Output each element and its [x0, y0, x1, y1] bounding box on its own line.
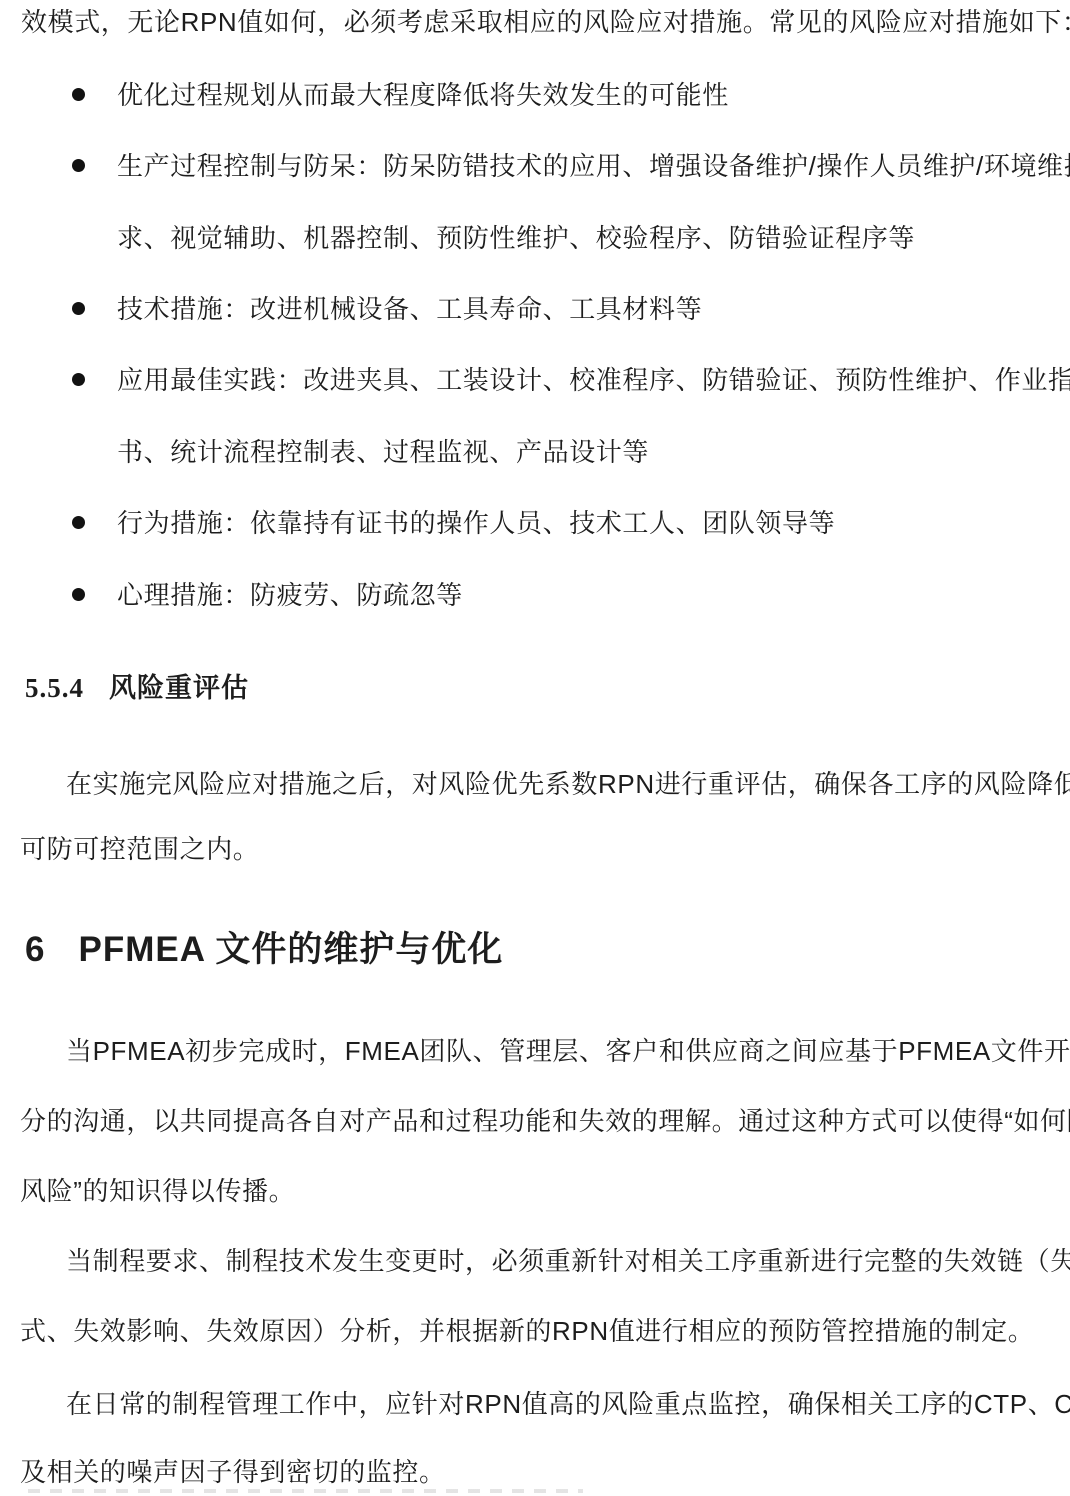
section-title: PFMEA 文件的维护与优化 [78, 930, 503, 969]
document-page: 效模式，无论RPN值如何，必须考虑采取相应的风险应对措施。常见的风险应对措施如下… [0, 0, 1070, 1496]
bullet-icon [72, 588, 85, 601]
section-number: 5.5.4 [25, 673, 84, 703]
bullet-line: 优化过程规划从而最大程度降低将失效发生的可能性 [117, 81, 729, 110]
bullet-icon [72, 302, 85, 315]
bullet-line: 应用最佳实践：改进夹具、工装设计、校准程序、防错验证、预防性维护、作业指导 [117, 366, 1070, 395]
bullet-line-continuation: 求、视觉辅助、机器控制、预防性维护、校验程序、防错验证程序等 [117, 224, 915, 253]
paragraph-line: 当制程要求、制程技术发生变更时，必须重新针对相关工序重新进行完整的失效链（失效模 [66, 1247, 1070, 1276]
section-title: 风险重评估 [109, 673, 249, 703]
bullet-line: 心理措施：防疲劳、防疏忽等 [117, 581, 463, 610]
bullet-icon [72, 516, 85, 529]
bullet-icon [72, 88, 85, 101]
paragraph-line: 式、失效影响、失效原因）分析，并根据新的RPN值进行相应的预防管控措施的制定。 [20, 1317, 1034, 1346]
intro-line: 效模式，无论RPN值如何，必须考虑采取相应的风险应对措施。常见的风险应对措施如下… [21, 8, 1070, 37]
paragraph-line: 及相关的噪声因子得到密切的监控。 [20, 1458, 446, 1487]
section-5-5-4-heading: 5.5.4风险重评估 [25, 666, 249, 705]
bullet-icon [72, 159, 85, 172]
bullet-line: 生产过程控制与防呆：防呆防错技术的应用、增强设备维护/操作人员维护/环境维护要 [117, 152, 1070, 181]
paragraph-line: 在实施完风险应对措施之后，对风险优先系数RPN进行重评估，确保各工序的风险降低到 [66, 770, 1070, 799]
bullet-line: 行为措施：依靠持有证书的操作人员、技术工人、团队领导等 [117, 509, 835, 538]
bullet-line-continuation: 书、统计流程控制表、过程监视、产品设计等 [117, 438, 649, 467]
paragraph-line: 分的沟通，以共同提高各自对产品和过程功能和失效的理解。通过这种方式可以使得“如何… [20, 1107, 1070, 1136]
cutoff-text-remnant [28, 1489, 583, 1493]
paragraph-line: 在日常的制程管理工作中，应针对RPN值高的风险重点监控，确保相关工序的CTP、C… [66, 1390, 1070, 1419]
paragraph-line: 当PFMEA初步完成时，FMEA团队、管理层、客户和供应商之间应基于PFMEA文… [66, 1037, 1070, 1066]
bullet-line: 技术措施：改进机械设备、工具寿命、工具材料等 [117, 295, 702, 324]
section-6-heading: 6PFMEA 文件的维护与优化 [25, 922, 503, 972]
bullet-icon [72, 373, 85, 386]
paragraph-line: 可防可控范围之内。 [20, 835, 259, 864]
section-number: 6 [25, 930, 44, 969]
paragraph-line: 风险”的知识得以传播。 [20, 1177, 295, 1206]
